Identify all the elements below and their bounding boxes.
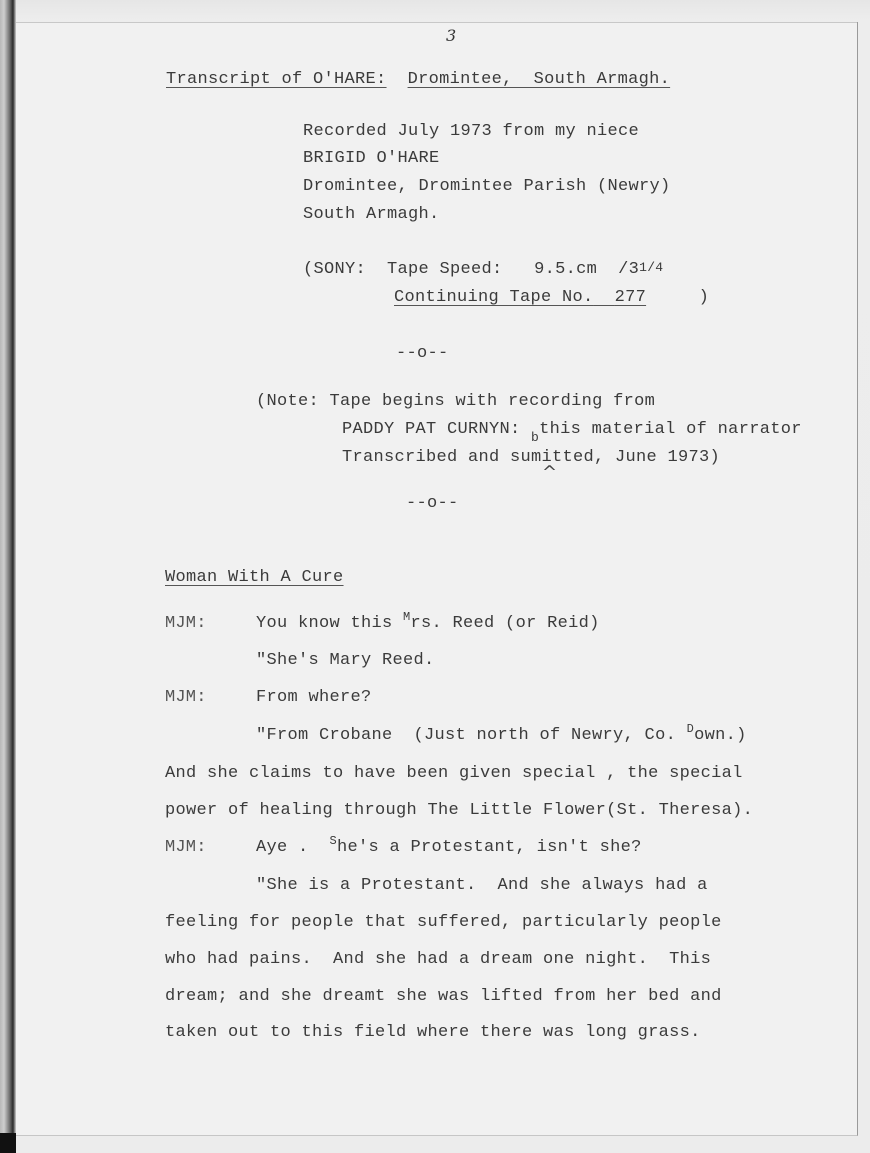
body-line: taken out to this field where there was …	[165, 1023, 701, 1043]
body-line: who had pains. And she had a dream one n…	[165, 950, 711, 970]
section-title: Woman With A Cure	[165, 568, 344, 588]
tape-speed-value: 9.5.cm /3	[534, 260, 639, 279]
typewritten-page: 3 Transcript of O'HARE: Dromintee, South…	[16, 22, 858, 1136]
continuing-tape: Continuing Tape No. 277	[394, 288, 646, 307]
tape-number: 277	[615, 288, 647, 307]
speaker-label: MJM:	[165, 688, 207, 708]
caret-mark-icon: ^	[542, 462, 557, 483]
note-line-3: Transcribed and sumitted, June 1973)	[342, 448, 720, 468]
recording-line-2: BRIGID O'HARE	[303, 149, 440, 169]
speaker-label: MJM:	[165, 614, 207, 634]
recording-line-1: Recorded July 1973 from my niece	[303, 122, 639, 142]
dialogue-line: Aye . She's a Protestant, isn't she?	[256, 838, 642, 858]
tape-close: )	[699, 288, 710, 307]
binding-corner	[0, 1133, 16, 1153]
dialogue-line: From where?	[256, 688, 372, 708]
dialogue-line: You know this Mrs. Reed (or Reid)	[256, 614, 600, 634]
note-line-1: (Note: Tape begins with recording from	[256, 392, 655, 412]
tape-open: (SONY:	[303, 260, 366, 279]
title-left: Transcript of O'HARE:	[166, 70, 387, 89]
separator: --o--	[406, 494, 459, 514]
paragraph-line: And she claims to have been given specia…	[165, 764, 743, 784]
page-number: 3	[446, 26, 456, 46]
dialogue-line: "From Crobane (Just north of Newry, Co. …	[256, 726, 747, 746]
binding-edge	[0, 0, 16, 1153]
page-title: Transcript of O'HARE: Dromintee, South A…	[166, 70, 670, 90]
tape-speed-line: (SONY: Tape Speed: 9.5.cm /31/4	[303, 260, 663, 280]
body-line: dream; and she dreamt she was lifted fro…	[165, 987, 722, 1007]
title-right: Dromintee, South Armagh.	[408, 70, 671, 89]
correction-insert: b	[531, 430, 539, 445]
separator: --o--	[396, 344, 449, 364]
recording-line-4: South Armagh.	[303, 205, 440, 225]
tape-speed-fraction: 1/4	[639, 260, 663, 275]
paragraph-line: power of healing through The Little Flow…	[165, 801, 753, 821]
recording-line-3: Dromintee, Dromintee Parish (Newry)	[303, 177, 671, 197]
note-line-2: PADDY PAT CURNYN: bthis material of narr…	[342, 420, 802, 440]
dialogue-line: "She's Mary Reed.	[256, 651, 435, 671]
tape-speed-label: Tape Speed:	[387, 260, 503, 279]
tape-number-line: Continuing Tape No. 277 )	[394, 288, 709, 308]
body-line: feeling for people that suffered, partic…	[165, 913, 722, 933]
body-line: "She is a Protestant. And she always had…	[256, 876, 708, 896]
speaker-label: MJM:	[165, 838, 207, 858]
note-label: (Note:	[256, 392, 319, 411]
